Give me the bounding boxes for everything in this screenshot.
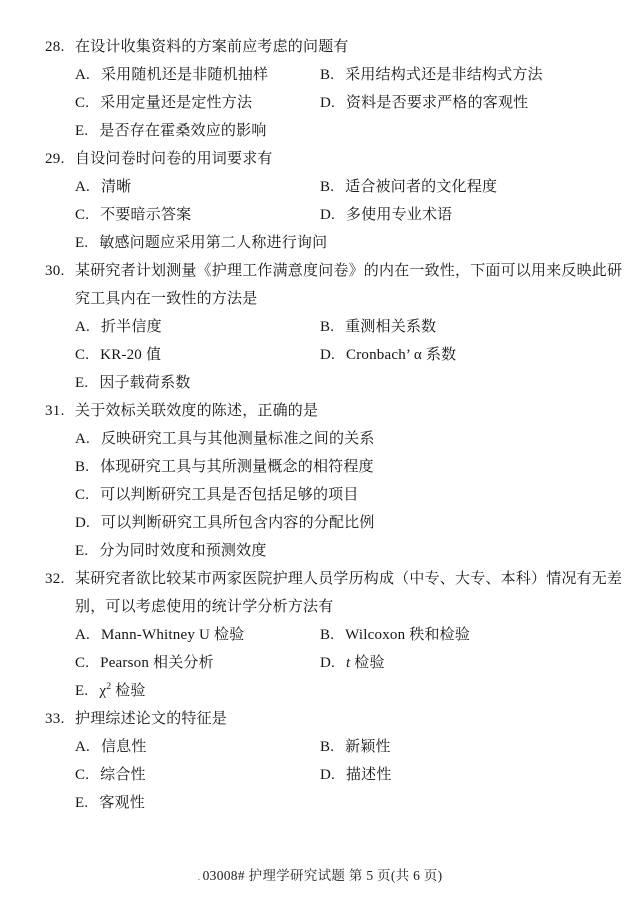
option-c: C.不要暗示答案 — [75, 201, 320, 229]
options-row: A.反映研究工具与其他测量标准之间的关系 — [75, 425, 602, 453]
question-block: 29.自设问卷时问卷的用词要求有A.清晰B.适合被问者的文化程度C.不要暗示答案… — [45, 145, 602, 257]
option-text: Mann-Whitney U 检验 — [101, 627, 244, 643]
option-e: E.分为同时效度和预测效度 — [75, 537, 267, 565]
option-label: B. — [320, 627, 334, 643]
option-text: 分为同时效度和预测效度 — [99, 543, 266, 559]
option-a: A.采用随机还是非随机抽样 — [75, 61, 320, 89]
options-row: B.体现研究工具与其所测量概念的相符程度 — [75, 453, 602, 481]
questions: 28.在设计收集资料的方案前应考虑的问题有A.采用随机还是非随机抽样B.采用结构… — [45, 33, 602, 817]
option-text-part: 检验 — [111, 683, 145, 699]
option-text: 重测相关系数 — [345, 319, 436, 335]
question-stem-line: 护理综述论文的特征是 — [75, 705, 602, 733]
option-d: D.t 检验 — [320, 649, 602, 677]
option-text: 采用结构式还是非结构式方法 — [345, 67, 543, 83]
option-label: C. — [75, 767, 89, 783]
option-text: 资料是否要求严格的客观性 — [346, 95, 528, 111]
option-label: A. — [75, 739, 90, 755]
option-c: C.采用定量还是定性方法 — [75, 89, 320, 117]
option-text: 多使用专业术语 — [346, 207, 452, 223]
option-text: 可以判断研究工具是否包括足够的项目 — [100, 487, 358, 503]
option-label: E. — [75, 235, 88, 251]
option-text: 描述性 — [346, 767, 392, 783]
question-stem-line: 在设计收集资料的方案前应考虑的问题有 — [75, 33, 602, 61]
option-text: 敏感问题应采用第二人称进行询问 — [99, 235, 327, 251]
option-label: D. — [320, 207, 335, 223]
option-label: E. — [75, 795, 88, 811]
options-row: A.信息性B.新颖性 — [75, 733, 602, 761]
option-label: C. — [75, 655, 89, 671]
option-d: D.可以判断研究工具所包含内容的分配比例 — [75, 509, 375, 537]
option-text: 客观性 — [99, 795, 145, 811]
option-text: 反映研究工具与其他测量标准之间的关系 — [101, 431, 375, 447]
option-label: B. — [320, 67, 334, 83]
option-text: 折半信度 — [101, 319, 162, 335]
option-text: 新颖性 — [345, 739, 391, 755]
question-number: 31. — [45, 397, 75, 565]
option-label: B. — [75, 459, 89, 475]
option-e: E.χ2 检验 — [75, 677, 320, 705]
option-label: A. — [75, 431, 90, 447]
footer-prefix-mark: . — [198, 871, 201, 883]
option-b: B.新颖性 — [320, 733, 602, 761]
option-text: Wilcoxon 秩和检验 — [345, 627, 470, 643]
question-number: 28. — [45, 33, 75, 145]
option-d: D.资料是否要求严格的客观性 — [320, 89, 602, 117]
question-stem-line: 某研究者欲比较某市两家医院护理人员学历构成（中专、大专、本科）情况有无差 — [75, 565, 602, 593]
option-text-part: 检验 — [350, 655, 384, 671]
option-b: B.采用结构式还是非结构式方法 — [320, 61, 602, 89]
option-e: E.是否存在霍桑效应的影响 — [75, 117, 320, 145]
question-number: 33. — [45, 705, 75, 817]
option-text: 可以判断研究工具所包含内容的分配比例 — [101, 515, 375, 531]
question-body: 某研究者欲比较某市两家医院护理人员学历构成（中专、大专、本科）情况有无差别，可以… — [75, 565, 602, 705]
option-c: C.Pearson 相关分析 — [75, 649, 320, 677]
option-label: A. — [75, 179, 90, 195]
options-row: C.综合性D.描述性 — [75, 761, 602, 789]
option-text: 信息性 — [101, 739, 147, 755]
options-row: C.KR-20 值D.Cronbach’ α 系数 — [75, 341, 602, 369]
options-row: C.不要暗示答案D.多使用专业术语 — [75, 201, 602, 229]
option-b: B.重测相关系数 — [320, 313, 602, 341]
option-text: 采用定量还是定性方法 — [100, 95, 252, 111]
option-label: D. — [75, 515, 90, 531]
option-b: B.Wilcoxon 秩和检验 — [320, 621, 602, 649]
option-label: B. — [320, 739, 334, 755]
option-text: Pearson 相关分析 — [100, 655, 214, 671]
options-row: C.Pearson 相关分析D.t 检验 — [75, 649, 602, 677]
footer-text: 03008# 护理学研究试题 第 5 页(共 6 页) — [203, 868, 443, 883]
options-row: C.可以判断研究工具是否包括足够的项目 — [75, 481, 602, 509]
option-label: C. — [75, 207, 89, 223]
options-row: E.敏感问题应采用第二人称进行询问 — [75, 229, 602, 257]
question-number: 32. — [45, 565, 75, 705]
option-b: B.适合被问者的文化程度 — [320, 173, 602, 201]
options-row: E.因子载荷系数 — [75, 369, 602, 397]
option-label: C. — [75, 95, 89, 111]
option-label: A. — [75, 67, 90, 83]
option-label: D. — [320, 95, 335, 111]
option-label: D. — [320, 347, 335, 363]
option-b: B.体现研究工具与其所测量概念的相符程度 — [75, 453, 374, 481]
option-d: D.描述性 — [320, 761, 602, 789]
options-row: D.可以判断研究工具所包含内容的分配比例 — [75, 509, 602, 537]
options-row: A.折半信度B.重测相关系数 — [75, 313, 602, 341]
option-d: D.Cronbach’ α 系数 — [320, 341, 602, 369]
question-number: 29. — [45, 145, 75, 257]
question-body: 关于效标关联效度的陈述，正确的是A.反映研究工具与其他测量标准之间的关系B.体现… — [75, 397, 602, 565]
option-text: 清晰 — [101, 179, 131, 195]
option-label: E. — [75, 375, 88, 391]
exam-paper-page: 28.在设计收集资料的方案前应考虑的问题有A.采用随机还是非随机抽样B.采用结构… — [0, 0, 640, 921]
question-block: 33.护理综述论文的特征是A.信息性B.新颖性C.综合性D.描述性E.客观性 — [45, 705, 602, 817]
option-e: E.敏感问题应采用第二人称进行询问 — [75, 229, 320, 257]
option-c: C.综合性 — [75, 761, 320, 789]
question-body: 护理综述论文的特征是A.信息性B.新颖性C.综合性D.描述性E.客观性 — [75, 705, 602, 817]
question-block: 32.某研究者欲比较某市两家医院护理人员学历构成（中专、大专、本科）情况有无差别… — [45, 565, 602, 705]
option-label: C. — [75, 487, 89, 503]
question-number: 30. — [45, 257, 75, 397]
option-text: t 检验 — [346, 655, 385, 671]
option-label: D. — [320, 655, 335, 671]
options-row: E.客观性 — [75, 789, 602, 817]
option-text: 适合被问者的文化程度 — [345, 179, 497, 195]
option-a: A.清晰 — [75, 173, 320, 201]
option-label: D. — [320, 767, 335, 783]
option-label: A. — [75, 627, 90, 643]
option-label: B. — [320, 179, 334, 195]
option-text: 因子载荷系数 — [99, 375, 190, 391]
option-label: E. — [75, 123, 88, 139]
option-text: 不要暗示答案 — [100, 207, 191, 223]
question-stem-line: 自设问卷时问卷的用词要求有 — [75, 145, 602, 173]
option-c: C.可以判断研究工具是否包括足够的项目 — [75, 481, 359, 509]
question-block: 31.关于效标关联效度的陈述，正确的是A.反映研究工具与其他测量标准之间的关系B… — [45, 397, 602, 565]
option-text: 采用随机还是非随机抽样 — [101, 67, 268, 83]
options-row: A.Mann-Whitney U 检验B.Wilcoxon 秩和检验 — [75, 621, 602, 649]
question-body: 自设问卷时问卷的用词要求有A.清晰B.适合被问者的文化程度C.不要暗示答案D.多… — [75, 145, 602, 257]
option-a: A.信息性 — [75, 733, 320, 761]
question-stem-line: 关于效标关联效度的陈述，正确的是 — [75, 397, 602, 425]
options-row: E.χ2 检验 — [75, 677, 602, 705]
options-row: C.采用定量还是定性方法D.资料是否要求严格的客观性 — [75, 89, 602, 117]
question-stem-line: 究工具内在一致性的方法是 — [75, 285, 602, 313]
option-text: KR-20 值 — [100, 347, 161, 363]
option-text: χ2 检验 — [99, 683, 145, 699]
option-label: B. — [320, 319, 334, 335]
option-text: Cronbach’ α 系数 — [346, 347, 456, 363]
question-stem-line: 某研究者计划测量《护理工作满意度问卷》的内在一致性，下面可以用来反映此研 — [75, 257, 602, 285]
option-d: D.多使用专业术语 — [320, 201, 602, 229]
question-body: 在设计收集资料的方案前应考虑的问题有A.采用随机还是非随机抽样B.采用结构式还是… — [75, 33, 602, 145]
option-a: A.反映研究工具与其他测量标准之间的关系 — [75, 425, 375, 453]
question-stem-line: 别，可以考虑使用的统计学分析方法有 — [75, 593, 602, 621]
option-label: E. — [75, 683, 88, 699]
option-c: C.KR-20 值 — [75, 341, 320, 369]
options-row: E.是否存在霍桑效应的影响 — [75, 117, 602, 145]
question-block: 30.某研究者计划测量《护理工作满意度问卷》的内在一致性，下面可以用来反映此研究… — [45, 257, 602, 397]
option-e: E.因子载荷系数 — [75, 369, 320, 397]
question-block: 28.在设计收集资料的方案前应考虑的问题有A.采用随机还是非随机抽样B.采用结构… — [45, 33, 602, 145]
option-e: E.客观性 — [75, 789, 320, 817]
question-body: 某研究者计划测量《护理工作满意度问卷》的内在一致性，下面可以用来反映此研究工具内… — [75, 257, 602, 397]
options-row: E.分为同时效度和预测效度 — [75, 537, 602, 565]
option-label: C. — [75, 347, 89, 363]
option-text: 是否存在霍桑效应的影响 — [99, 123, 266, 139]
option-a: A.Mann-Whitney U 检验 — [75, 621, 320, 649]
page-footer: .03008# 护理学研究试题 第 5 页(共 6 页) — [0, 864, 640, 884]
option-a: A.折半信度 — [75, 313, 320, 341]
options-row: A.采用随机还是非随机抽样B.采用结构式还是非结构式方法 — [75, 61, 602, 89]
option-label: E. — [75, 543, 88, 559]
option-text: 综合性 — [100, 767, 146, 783]
option-text: 体现研究工具与其所测量概念的相符程度 — [100, 459, 374, 475]
option-label: A. — [75, 319, 90, 335]
options-row: A.清晰B.适合被问者的文化程度 — [75, 173, 602, 201]
